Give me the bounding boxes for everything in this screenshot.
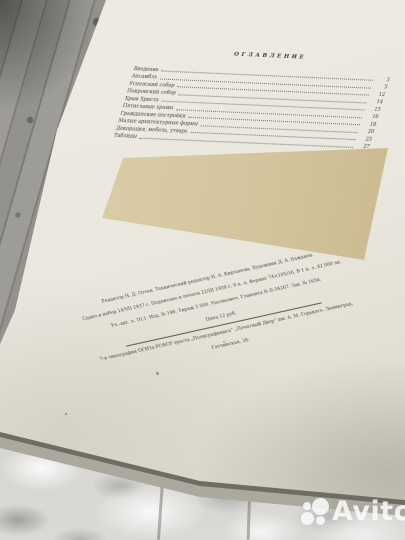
printers-mark-speck	[156, 372, 159, 375]
photo-of-book-page: ОГЛАВЛЕНИЕ Введение 3 Ансамбль 5 Успенск…	[0, 0, 405, 540]
avito-watermark-text: Avito	[332, 494, 405, 530]
toc-page-number: 25	[358, 136, 373, 142]
toc-page-number: 5	[373, 84, 388, 90]
toc-page-number: 15	[367, 106, 382, 112]
dust-speck	[65, 413, 67, 415]
toc-page-number: 27	[356, 143, 371, 149]
toc-page-number: 3	[376, 76, 391, 82]
toc-page-number: 20	[360, 128, 375, 134]
toc-entry-label: Ансамбль	[131, 73, 158, 80]
toc-rows: Введение 3 Ансамбль 5 Успенский собор 12…	[77, 63, 391, 150]
toc-page-number: 16	[365, 114, 380, 120]
toc-page-number: 18	[362, 121, 377, 127]
table-of-contents: ОГЛАВЛЕНИЕ Введение 3 Ансамбль 5 Успенск…	[77, 46, 396, 150]
toc-page-number: 14	[369, 99, 384, 105]
toc-entry-label: Таблицы	[113, 133, 138, 140]
toc-entry-label: Введение	[133, 66, 160, 73]
avito-watermark: Avito	[298, 494, 405, 540]
toc-page-number: 12	[371, 91, 386, 97]
dust-speck	[223, 341, 225, 343]
